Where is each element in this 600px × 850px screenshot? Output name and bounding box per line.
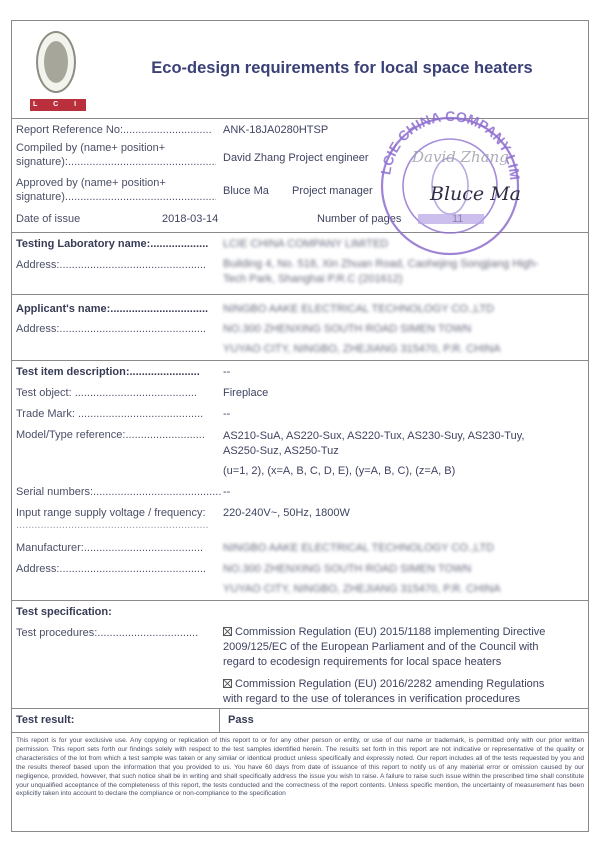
manufacturer-value: NINGBO AAKE ELECTRICAL TECHNOLOGY CO.,LT…: [223, 541, 494, 556]
compiled-label-2: signature):.............................…: [16, 156, 216, 170]
specification-heading: Test specification:: [16, 606, 112, 620]
trademark-value: --: [223, 407, 230, 422]
reference-label: Report Reference No:....................…: [16, 124, 212, 138]
procedure-1: Commission Regulation (EU) 2015/1188 imp…: [223, 625, 545, 670]
model-line1: AS210-SuA, AS220-Sux, AS220-Tux, AS230-S…: [223, 429, 524, 444]
applicant-section: Applicant's name:.......................…: [12, 295, 588, 361]
lcie-logo: L C I E: [26, 31, 88, 113]
applicant-name-value: NINGBO AAKE ELECTRICAL TECHNOLOGY CO.,LT…: [223, 302, 494, 317]
date-label: Date of issue: [16, 213, 80, 227]
signature-approved: Bluce Ma: [430, 183, 521, 205]
manufacturer-address-label: Address:................................…: [16, 563, 206, 577]
lab-name-value: LCIE CHINA COMPANY LIMITED: [223, 237, 388, 252]
disclaimer-text: This report is for your exclusive use. A…: [16, 737, 584, 799]
signature-compiled: David Zhang: [412, 148, 509, 166]
pages-value: 11: [452, 212, 463, 227]
result-label: Test result:: [16, 714, 74, 728]
lab-name-label: Testing Laboratory name:................…: [16, 238, 208, 252]
approved-position: Project manager: [292, 184, 373, 199]
model-label: Model/Type reference:...................…: [16, 429, 205, 443]
object-label: Test object: ...........................…: [16, 387, 197, 401]
model-variants: (u=1, 2), (x=A, B, C, D, E), (y=A, B, C)…: [223, 464, 455, 479]
input-value: 220-240V~, 50Hz, 1800W: [223, 506, 350, 521]
applicant-name-label: Applicant's name:.......................…: [16, 303, 208, 317]
applicant-address-line1: NO.300 ZHENXING SOUTH ROAD SIMEN TOWN: [223, 322, 471, 337]
logo-text: L C I E: [30, 99, 86, 111]
approved-name: Bluce Ma: [223, 184, 269, 199]
description-label: Test item description:..................…: [16, 366, 200, 380]
object-value: Fireplace: [223, 386, 268, 401]
pages-label: Number of pages: [317, 212, 401, 227]
report-title: Eco-design requirements for local space …: [112, 59, 572, 78]
approved-label-1: Approved by (name+ position+: [16, 177, 166, 191]
logo-emblem-icon: [36, 31, 76, 93]
date-value: 2018-03-14: [162, 212, 218, 227]
model-line2: AS250-Suz, AS250-Tuz: [223, 444, 339, 459]
lab-address-line1: Building 4, No. 518, Xin Zhuan Road, Cao…: [223, 257, 539, 272]
checked-box-icon: [223, 679, 232, 688]
applicant-address-label: Address:................................…: [16, 323, 206, 337]
result-divider: [219, 709, 220, 732]
trademark-label: Trade Mark: ............................…: [16, 408, 203, 422]
disclaimer-section: This report is for your exclusive use. A…: [12, 733, 588, 831]
checked-box-icon: [223, 627, 232, 636]
report-info-section: Report Reference No:....................…: [12, 118, 588, 233]
test-report-page: L C I E Eco-design requirements for loca…: [11, 20, 589, 832]
approved-label-2: signature)..............................…: [16, 191, 216, 205]
compiled-value: David Zhang Project engineer: [223, 151, 369, 166]
result-section: Test result: Pass: [12, 709, 588, 733]
input-label-dots: ........................................…: [16, 519, 221, 533]
lab-address-label: Address:................................…: [16, 259, 206, 273]
result-value: Pass: [228, 713, 254, 728]
compiled-label-1: Compiled by (name+ position+: [16, 142, 165, 156]
manufacturer-address-line1: NO.300 ZHENXING SOUTH ROAD SIMEN TOWN: [223, 562, 471, 577]
report-header: L C I E Eco-design requirements for loca…: [12, 21, 588, 119]
procedure-2: Commission Regulation (EU) 2016/2282 ame…: [223, 677, 544, 707]
specification-section: Test specification: Test procedures:....…: [12, 601, 588, 709]
lab-address-line2: Tech Park, Shanghai P.R.C (201612): [223, 272, 403, 287]
laboratory-section: Testing Laboratory name:................…: [12, 233, 588, 295]
manufacturer-address-line2: YUYAO CITY, NINGBO, ZHEJIANG 315470, P.R…: [223, 582, 501, 597]
description-value: --: [223, 365, 230, 380]
serial-label: Serial numbers:.........................…: [16, 486, 221, 500]
applicant-address-line2: YUYAO CITY, NINGBO, ZHEJIANG 315470, P.R…: [223, 342, 501, 357]
test-item-section: Test item description:..................…: [12, 361, 588, 601]
manufacturer-label: Manufacturer:...........................…: [16, 542, 203, 556]
serial-value: --: [223, 485, 230, 500]
procedures-label: Test procedures:........................…: [16, 627, 198, 641]
reference-value: ANK-18JA0280HTSP: [223, 123, 328, 138]
